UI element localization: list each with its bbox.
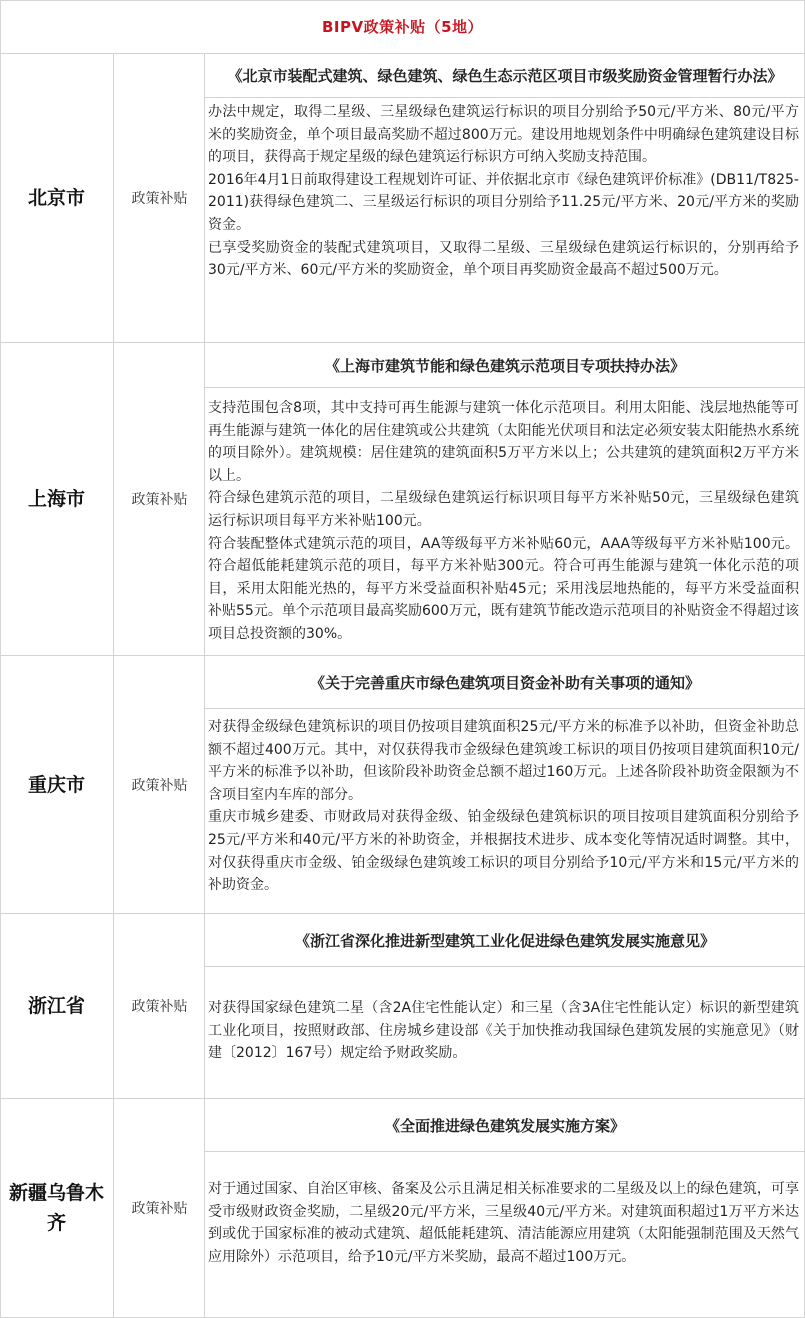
content-cell: 《关于完善重庆市绿色建筑项目资金补助有关事项的通知》 对获得金级绿色建筑标识的项… (205, 656, 805, 913)
region-cell: 北京市 (0, 54, 114, 342)
paragraph: 对于通过国家、自治区审核、备案及公示且满足相关标准要求的二星级及以上的绿色建筑，… (208, 1178, 799, 1268)
paragraph: 重庆市城乡建委、市财政局对获得金级、铂金级绿色建筑标识的项目按项目建筑面积分别给… (208, 806, 799, 896)
document-body: 支持范围包含8项，其中支持可再生能源与建筑一体化示范项目。利用太阳能、浅层地热能… (205, 397, 805, 646)
table-row-chongqing: 重庆市 政策补贴 《关于完善重庆市绿色建筑项目资金补助有关事项的通知》 对获得金… (0, 656, 805, 914)
document-body: 对获得国家绿色建筑二星（含2A住宅性能认定）和三星（含3A住宅性能认定）标识的新… (205, 997, 805, 1065)
table-title: BIPV政策补贴（5地） (322, 16, 483, 37)
type-cell: 政策补贴 (115, 54, 205, 342)
table-row-beijing: 北京市 政策补贴 《北京市装配式建筑、绿色建筑、绿色生态示范区项目市级奖励资金管… (0, 54, 805, 343)
paragraph: 办法中规定，取得二星级、三星级绿色建筑运行标识的项目分别给予50元/平方米、80… (208, 101, 799, 169)
table-row-xinjiang-urumqi: 新疆乌鲁木齐 政策补贴 《全面推进绿色建筑发展实施方案》 对于通过国家、自治区审… (0, 1099, 805, 1317)
document-body: 办法中规定，取得二星级、三星级绿色建筑运行标识的项目分别给予50元/平方米、80… (205, 101, 805, 282)
paragraph: 符合装配整体式建筑示范的项目，AA等级每平方米补贴60元，AAA等级每平方米补贴… (208, 533, 799, 646)
region-cell: 上海市 (0, 343, 114, 655)
paragraph: 对获得金级绿色建筑标识的项目仍按项目建筑面积25元/平方米的标准予以补助，但资金… (208, 716, 799, 806)
table-row-shanghai: 上海市 政策补贴 《上海市建筑节能和绿色建筑示范项目专项扶持办法》 支持范围包含… (0, 343, 805, 656)
document-body: 对于通过国家、自治区审核、备案及公示且满足相关标准要求的二星级及以上的绿色建筑，… (205, 1178, 805, 1268)
content-cell: 《全面推进绿色建筑发展实施方案》 对于通过国家、自治区审核、备案及公示且满足相关… (205, 1099, 805, 1317)
paragraph: 支持范围包含8项，其中支持可再生能源与建筑一体化示范项目。利用太阳能、浅层地热能… (208, 397, 799, 487)
content-cell: 《上海市建筑节能和绿色建筑示范项目专项扶持办法》 支持范围包含8项，其中支持可再… (205, 343, 805, 655)
paragraph: 已享受奖励资金的装配式建筑项目，又取得二星级、三星级绿色建筑运行标识的，分别再给… (208, 237, 799, 282)
table-row-zhejiang: 浙江省 政策补贴 《浙江省深化推进新型建筑工业化促进绿色建筑发展实施意见》 对获… (0, 914, 805, 1099)
type-cell: 政策补贴 (115, 1099, 205, 1317)
document-title: 《浙江省深化推进新型建筑工业化促进绿色建筑发展实施意见》 (205, 914, 805, 967)
paragraph: 符合绿色建筑示范的项目，二星级绿色建筑运行标识项目每平方米补贴50元，三星级绿色… (208, 487, 799, 532)
type-cell: 政策补贴 (115, 914, 205, 1098)
table-title-row: BIPV政策补贴（5地） (0, 0, 805, 54)
document-body: 对获得金级绿色建筑标识的项目仍按项目建筑面积25元/平方米的标准予以补助，但资金… (205, 716, 805, 897)
paragraph: 对获得国家绿色建筑二星（含2A住宅性能认定）和三星（含3A住宅性能认定）标识的新… (208, 997, 799, 1065)
paragraph: 2016年4月1日前取得建设工程规划许可证、并依据北京市《绿色建筑评价标准》(D… (208, 169, 799, 237)
document-title: 《北京市装配式建筑、绿色建筑、绿色生态示范区项目市级奖励资金管理暂行办法》 (205, 54, 805, 98)
type-cell: 政策补贴 (115, 343, 205, 655)
document-title: 《上海市建筑节能和绿色建筑示范项目专项扶持办法》 (205, 343, 805, 388)
policy-table-page: BIPV政策补贴（5地） 北京市 政策补贴 《北京市装配式建筑、绿色建筑、绿色生… (0, 0, 805, 1318)
type-cell: 政策补贴 (115, 656, 205, 913)
document-title: 《关于完善重庆市绿色建筑项目资金补助有关事项的通知》 (205, 656, 805, 709)
region-cell: 浙江省 (0, 914, 114, 1098)
region-cell: 重庆市 (0, 656, 114, 913)
content-cell: 《浙江省深化推进新型建筑工业化促进绿色建筑发展实施意见》 对获得国家绿色建筑二星… (205, 914, 805, 1098)
content-cell: 《北京市装配式建筑、绿色建筑、绿色生态示范区项目市级奖励资金管理暂行办法》 办法… (205, 54, 805, 342)
document-title: 《全面推进绿色建筑发展实施方案》 (205, 1099, 805, 1152)
region-cell: 新疆乌鲁木齐 (0, 1099, 114, 1317)
